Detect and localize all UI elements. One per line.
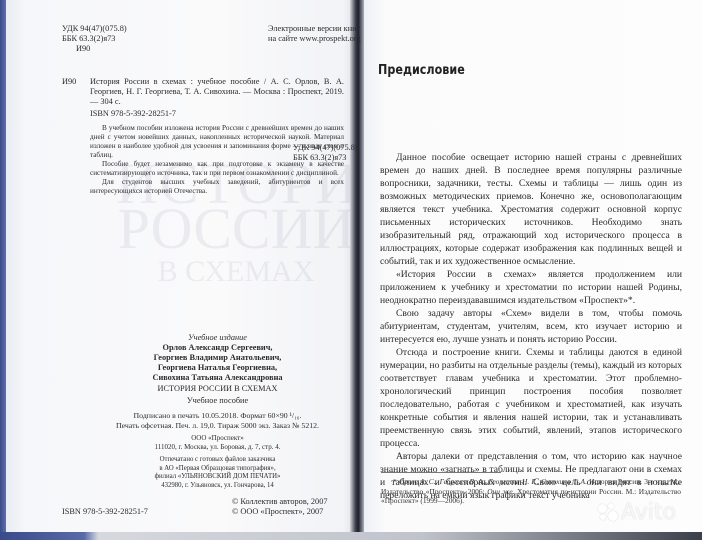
printer-info: Отпечатано с готовых файлов заказчика в … xyxy=(110,456,325,490)
electronic-line-2: на сайте www.prospekt.org xyxy=(268,34,353,44)
avito-watermark: Avito xyxy=(598,500,676,525)
edition-type: Учебное издание xyxy=(110,333,325,343)
preface-paragraph: Свою задачу авторы «Схем» видели в том, … xyxy=(380,307,682,346)
bottom-edge xyxy=(0,532,702,540)
biblio-isbn: ISBN 978-5-392-28251-7 xyxy=(90,109,344,119)
preface-paragraph: Отсюда и построение книги. Схемы и табли… xyxy=(380,346,682,450)
imprint-block: Учебное издание Орлов Александр Сергееви… xyxy=(110,333,325,490)
printer-line: 432980, г. Ульяновск, ул. Гончарова, 14 xyxy=(110,482,325,491)
preface-text: Данное пособие освещает историю нашей ст… xyxy=(380,151,682,502)
book-spread: ИСТОРИЯ РОССИИ В СХЕМАХ УДК 94(47)(075.8… xyxy=(0,0,702,540)
author-name: Орлов Александр Сергеевич, xyxy=(110,343,325,353)
printer-line: Отпечатано с готовых файлов заказчика xyxy=(110,456,325,465)
copyright-line: © Коллектив авторов, 2007 xyxy=(232,497,328,507)
author-name: Георгиев Владимир Анатольевич, xyxy=(110,353,325,363)
author-name: Георгиева Наталья Георгиевна, xyxy=(110,363,325,373)
footnote-same: Они же. xyxy=(487,487,514,496)
avito-wordmark: Avito xyxy=(621,500,676,525)
print-line: Печать офсетная. Печ. л. 19,0. Тираж 500… xyxy=(110,421,325,431)
biblio-code: И90 xyxy=(62,77,76,87)
book-title: ИСТОРИЯ РОССИИ В СХЕМАХ xyxy=(110,384,325,394)
biblio-entry: История России в схемах : учебное пособи… xyxy=(90,77,344,107)
publisher-name: ООО «Проспект» xyxy=(110,434,325,443)
ghost-cover-text: В СХЕМАХ xyxy=(156,255,316,289)
publisher-address: 111020, г. Москва, ул. Боровая, д. 7, ст… xyxy=(110,443,325,452)
avito-dots-icon xyxy=(598,503,618,523)
classification-block-top: УДК 94(47)(075.8) ББК 63.3(2)я73 И90 xyxy=(62,24,127,54)
bibliographic-record: И90 История России в схемах : учебное по… xyxy=(62,77,344,196)
preface-paragraph: Данное пособие освещает историю нашей ст… xyxy=(380,151,682,268)
copyright-line: © ООО «Проспект», 2007 xyxy=(232,507,328,517)
footnote-divider xyxy=(381,472,501,473)
electronic-versions-note: Электронные версии книг на сайте www.pro… xyxy=(268,24,353,44)
print-line: Подписано в печать 10.05.2018. Формат 60… xyxy=(110,411,325,421)
ghost-cover-text: РОССИИ xyxy=(116,195,356,262)
book-gutter xyxy=(350,0,364,540)
author-name: Сивохина Татьяна Александровна xyxy=(110,373,325,383)
author-mark: И90 xyxy=(62,44,127,54)
bbk-code: ББК 63.3(2)я73 xyxy=(62,34,127,44)
classification-block-bottom: УДК 94(47)(075.8) ББК 63.3(2)я73 xyxy=(293,143,358,163)
publisher-info: ООО «Проспект» 111020, г. Москва, ул. Бо… xyxy=(110,434,325,452)
footnote-marker: * xyxy=(393,477,397,486)
preface-paragraph: «История России в схемах» является продо… xyxy=(380,268,682,307)
printer-line: в АО «Первая Образцовая типография», xyxy=(110,465,325,474)
udk-code: УДК 94(47)(075.8) xyxy=(293,143,358,153)
annotation-paragraph: Для студентов высших учебных заведений, … xyxy=(90,178,344,196)
isbn-bottom: ISBN 978-5-392-28251-7 xyxy=(62,507,148,516)
print-details: Подписано в печать 10.05.2018. Формат 60… xyxy=(110,411,325,430)
book-subtitle: Учебное пособие xyxy=(110,396,325,406)
copyright-block: © Коллектив авторов, 2007 © ООО «Проспек… xyxy=(232,497,328,517)
udk-code: УДК 94(47)(075.8) xyxy=(62,24,127,34)
section-heading: Предисловие xyxy=(378,63,465,78)
footnote-authors: Орлов А. С., Георгиев В. А., Георгиева Н… xyxy=(399,477,587,486)
printer-line: филиал «УЛЬЯНОВСКИЙ ДОМ ПЕЧАТИ» xyxy=(110,473,325,482)
bbk-code: ББК 63.3(2)я73 xyxy=(293,153,358,163)
electronic-line-1: Электронные версии книг xyxy=(268,24,353,34)
